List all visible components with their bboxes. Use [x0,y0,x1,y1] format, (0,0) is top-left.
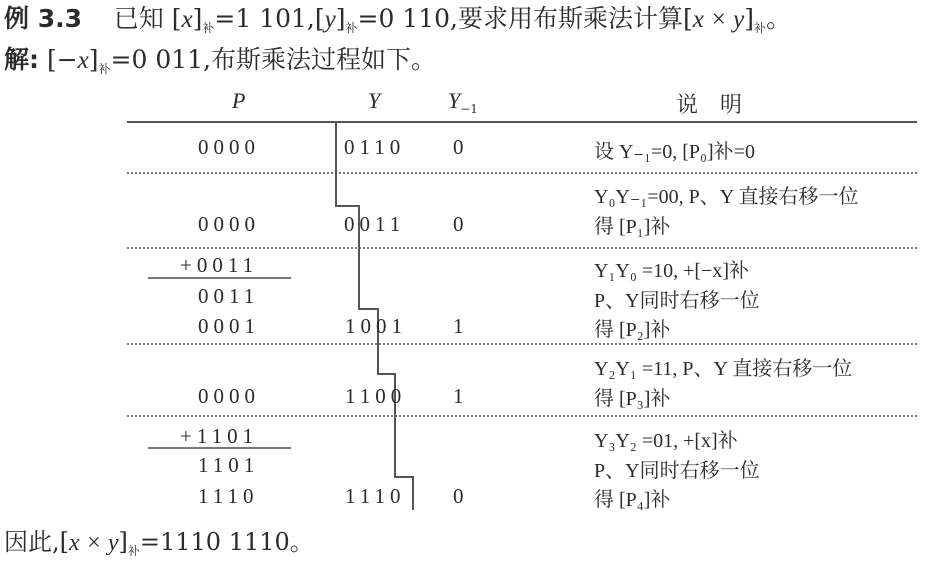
y-value: 0110 [344,135,405,160]
solution-label: 解: [4,45,39,74]
header-p: P [232,88,245,114]
description-step-4: Y₃Y₂ =01, +[x]补 [594,424,738,453]
y-minus-1-value: 0 [453,484,469,509]
y-value: 0011 [344,212,405,237]
staircase-segment [335,205,360,207]
description-step-1: Y₀Y₋₁=00, P、Y 直接右移一位 [594,180,859,209]
p-sum: 0011 [198,284,259,309]
y-minus-1-value: 1 [453,384,469,409]
header-y: Y [368,88,380,114]
staircase-segment [412,476,414,510]
p-value: 1110 [198,484,258,509]
solution-intro: 解: [−x]补=0 011,布斯乘法过程如下。 [4,43,436,86]
row-divider [127,415,917,417]
row-divider [127,247,917,249]
description-step-4: 得 [P₄]补 [594,483,670,512]
description-step-2: Y₁Y₀ =10, +[−x]补 [594,254,749,283]
p-value: 0000 [198,384,260,409]
y-minus-1-value: 1 [453,314,469,339]
header-y-minus-1: Y−1 [448,88,478,116]
row-divider [127,343,917,345]
y-minus-1-value: 0 [453,135,469,160]
description-step-1: 得 [P₁]补 [594,210,670,239]
p-value: 0001 [198,314,260,339]
p-value: 0000 [198,135,260,160]
description-step-2: P、Y同时右移一位 [594,284,760,313]
description-step-4: P、Y同时右移一位 [594,454,760,483]
staircase-segment [394,476,414,478]
description-step-3: Y₂Y₁ =11, P、Y 直接右移一位 [594,352,852,381]
description-step-3: 得 [P₃]补 [594,382,670,411]
example-label: 例 3.3 [4,4,82,33]
row-divider [127,172,917,174]
staircase-segment [335,121,337,207]
p-value: 0000 [198,212,260,237]
p-addend: +0011 [180,253,258,278]
example-statement: 例 3.3 已知 [x]补=1 101,[y]补=0 110,要求用布斯乘法计算… [4,2,791,45]
table-top-rule [127,121,917,123]
y-value: 1100 [345,384,406,409]
description-step-0: 设 Y₋₁=0, [P₀]补=0 [594,135,755,164]
p-sum: 1101 [198,453,259,478]
header-description: 说 明 [676,88,742,119]
description-step-2: 得 [P₂]补 [594,313,670,342]
p-addend: +1101 [180,424,258,449]
conclusion: 因此,[x × y]补=1110 1110。 [4,526,314,562]
y-value: 1001 [345,314,407,339]
y-value: 1110 [345,484,405,509]
staircase-segment [358,308,379,310]
y-minus-1-value: 0 [453,212,469,237]
